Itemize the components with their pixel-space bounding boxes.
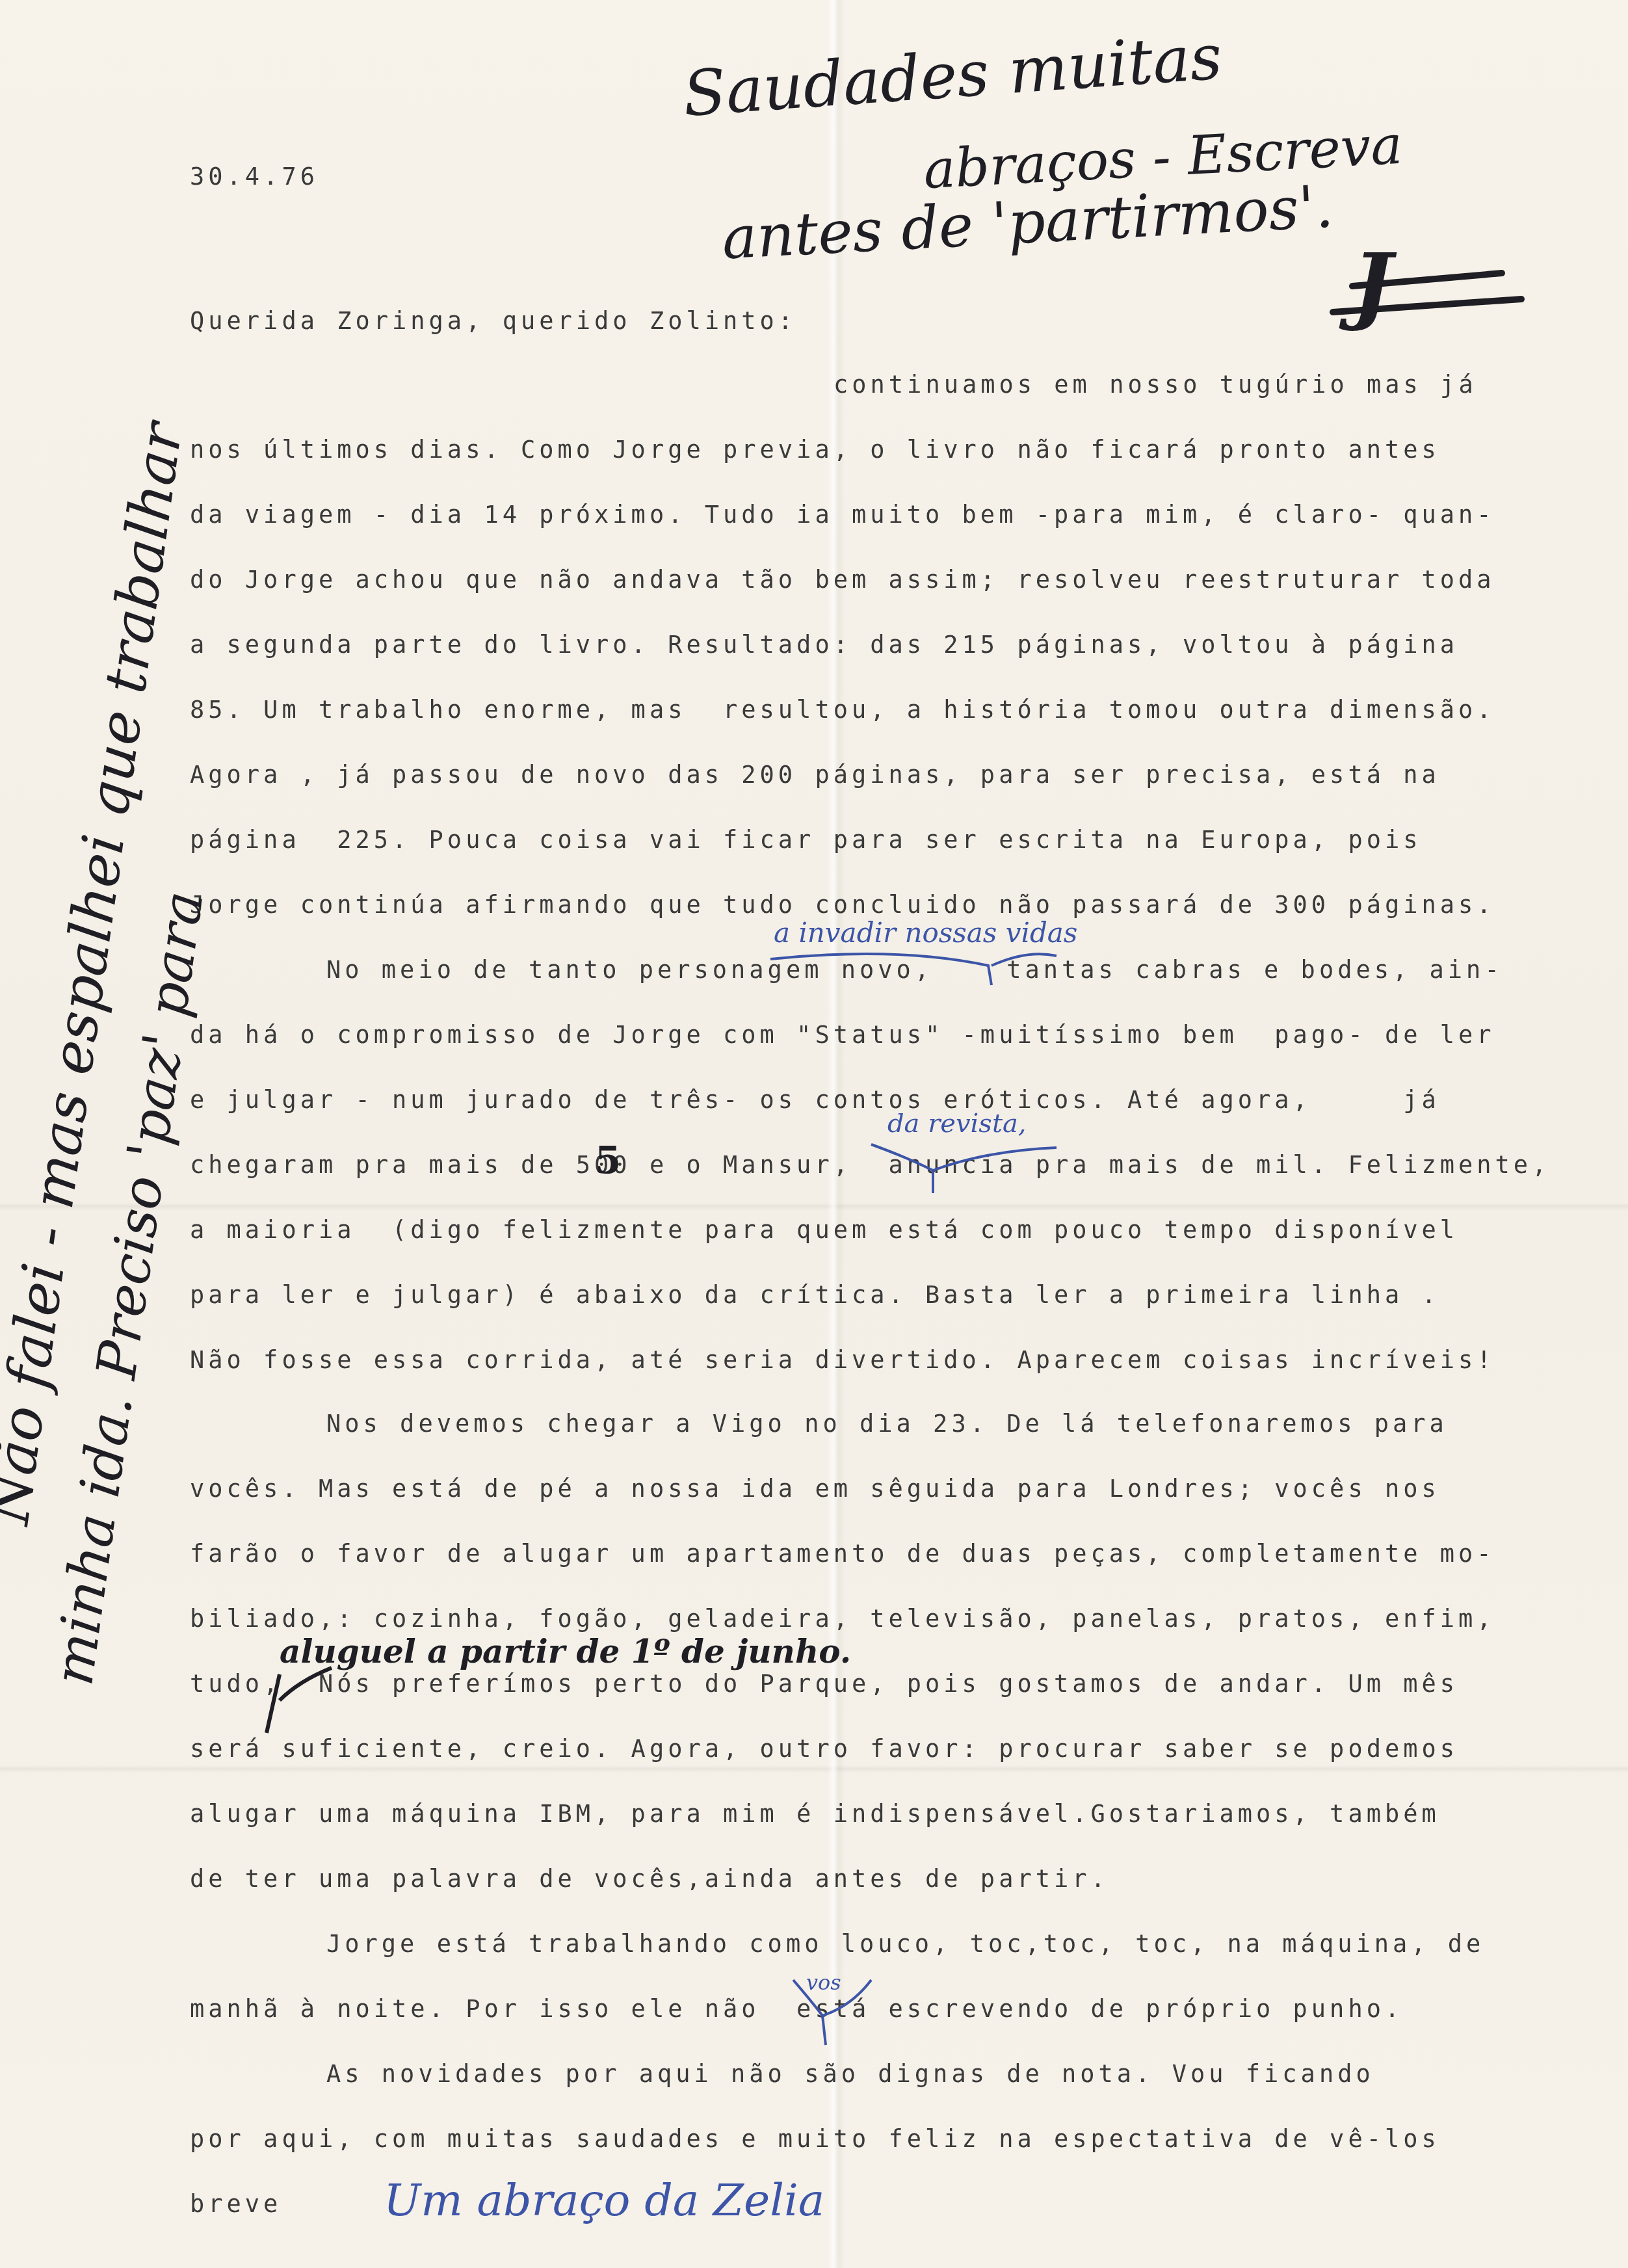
body-line: por aqui, com muitas saudades e muito fe… [190,2125,1440,2153]
letter-date: 30.4.76 [190,163,319,191]
body-line: breve [190,2190,282,2218]
body-line: continuamos em nosso tugúrio mas já [834,371,1477,399]
body-line: página 225. Pouca coisa vai ficar para s… [190,826,1421,854]
body-line: vocês. Mas está de pé a nossa ida em sêg… [190,1475,1440,1503]
insert-caret-icon [260,1661,338,1739]
body-line: a maioria (digo felizmente para quem est… [190,1216,1458,1244]
signature: Um abraço da Zelia [384,2175,824,2226]
body-line: 85. Um trabalho enorme, mas resultou, a … [190,696,1495,724]
body-line: biliado,: cozinha, fogão, geladeira, tel… [190,1605,1495,1633]
body-line: Agora , já passou de novo das 200 página… [190,761,1440,789]
body-line: Nos devemos chegar a Vigo no dia 23. De … [326,1410,1448,1438]
body-line: de ter uma palavra de vocês,ainda antes … [190,1865,1109,1893]
insert-caret-icon [868,1138,1063,1196]
insert-aluguel: aluguel a partir de 1º de junho. [280,1632,851,1670]
insert-caret-icon [787,1977,878,2048]
body-line: do Jorge achou que não andava tão bem as… [190,566,1495,594]
body-line: a segunda parte do livro. Resultado: das… [190,631,1458,659]
body-line: e julgar - num jurado de três- os contos… [190,1086,1440,1114]
body-line: tudo, Nós preferímos perto do Parque, po… [190,1670,1458,1698]
body-line: Jorge está trabalhando como louco, toc,t… [326,1930,1484,1958]
letter-paper [0,0,1628,2268]
body-line: da viagem - dia 14 próximo. Tudo ia muit… [190,501,1495,529]
body-line: As novidades por aqui não são dignas de … [326,2060,1374,2088]
body-line: alugar uma máquina IBM, para mim é indis… [190,1800,1440,1828]
body-line: da há o compromisso de Jorge com "Status… [190,1021,1495,1049]
insert-caret-icon [767,946,1060,992]
body-line: nos últimos dias. Como Jorge previa, o l… [190,436,1440,464]
salutation: Querida Zoringa, querido Zolinto: [190,307,796,335]
body-line: farão o favor de alugar um apartamento d… [190,1540,1495,1568]
body-line: Não fosse essa corrida, até seria divert… [190,1346,1495,1374]
body-line: será suficiente, creio. Agora, outro fav… [190,1735,1458,1763]
signature-strokes-icon [1320,260,1528,338]
body-line: para ler e julgar) é abaixo da crítica. … [190,1281,1440,1309]
body-line: Jorge continúa afirmando que tudo conclu… [190,891,1495,919]
insert-da-revista: da revista, [887,1109,1027,1139]
insert-invadir: a invadir nossas vidas [774,917,1077,949]
correction-five: 5 [595,1138,621,1182]
